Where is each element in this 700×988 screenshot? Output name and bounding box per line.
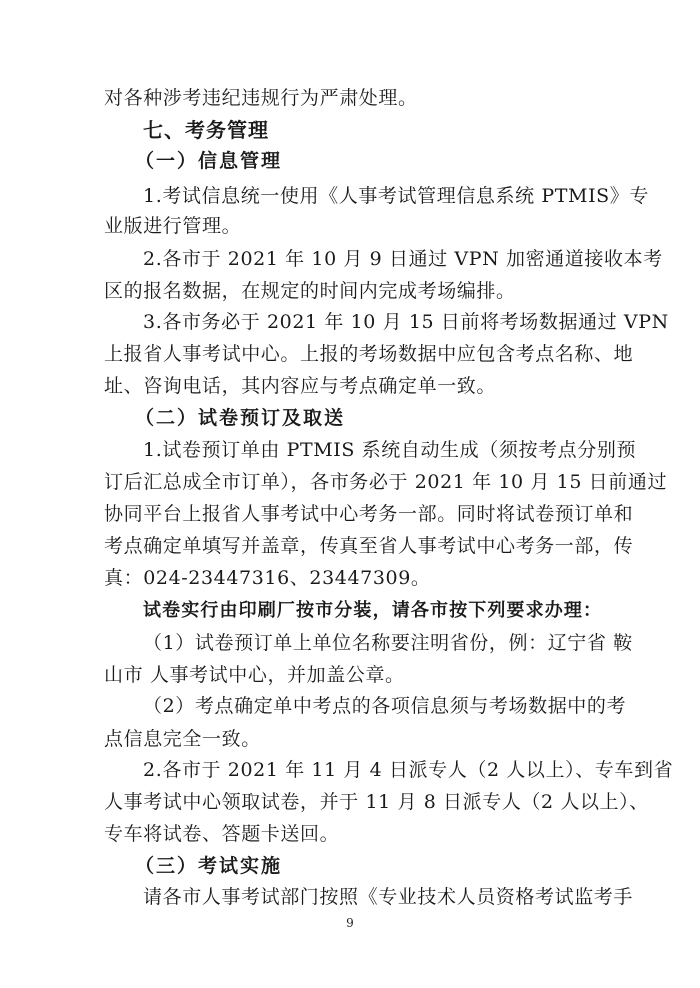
section-heading: 七、考务管理 [143,119,602,141]
subsection-heading: （二）试卷预订及取送 [135,407,633,429]
body-text-line: 山市 人事考试中心，并加盖公章。 [104,664,602,686]
body-text-line: 2.各市于 2021 年 11 月 4 日派专人（2 人以上）、专车到省 [143,759,602,781]
body-text-line: 区的报名数据，在规定的时间内完成考场编排。 [104,280,602,302]
body-text-line: 对各种涉考违纪违规行为严肃处理。 [104,87,602,109]
page-number: 9 [0,916,700,930]
body-text-line: 人事考试中心领取试卷，并于 11 月 8 日派专人（2 人以上）、 [104,791,602,813]
bold-instruction-line: 试卷实行由印刷厂按市分装，请各市按下列要求办理： [143,600,602,622]
body-text-line: 2.各市于 2021 年 10 月 9 日通过 VPN 加密通道接收本考 [143,248,602,270]
body-text-line: 业版进行管理。 [104,215,602,237]
body-text-line: 址、咨询电话，其内容应与考点确定单一致。 [104,375,602,397]
body-text-line: 3.各市务必于 2021 年 10 月 15 日前将考场数据通过 VPN [143,311,602,333]
body-text-line: 点信息完全一致。 [104,728,602,750]
body-text-line: 1.试卷预订单由 PTMIS 系统自动生成（须按考点分别预 [143,439,602,461]
body-text-line: 协同平台上报省人事考试中心考务一部。同时将试卷预订单和 [104,503,602,525]
body-text-line: 考点确定单填写并盖章，传真至省人事考试中心考务一部，传 [104,535,602,557]
body-text-line: （1）试卷预订单上单位名称要注明省份，例：辽宁省 鞍 [143,632,602,654]
body-text-line: （2）考点确定单中考点的各项信息须与考场数据中的考 [143,695,602,717]
body-text-line: 真：024-23447316、23447309。 [104,567,602,589]
document-page: 对各种涉考违纪违规行为严肃处理。 七、考务管理 （一）信息管理 1.考试信息统一… [0,0,700,988]
body-text-line: 上报省人事考试中心。上报的考场数据中应包含考点名称、地 [104,343,602,365]
subsection-heading: （一）信息管理 [135,150,633,172]
body-text-line: 请各市人事考试部门按照《专业技术人员资格考试监考手 [143,886,602,908]
body-text-line: 订后汇总成全市订单），各市务必于 2021 年 10 月 15 日前通过 [104,471,602,493]
subsection-heading: （三）考试实施 [135,855,633,877]
body-text-line: 1.考试信息统一使用《人事考试管理信息系统 PTMIS》专 [143,185,602,207]
body-text-line: 专车将试卷、答题卡送回。 [104,823,602,845]
